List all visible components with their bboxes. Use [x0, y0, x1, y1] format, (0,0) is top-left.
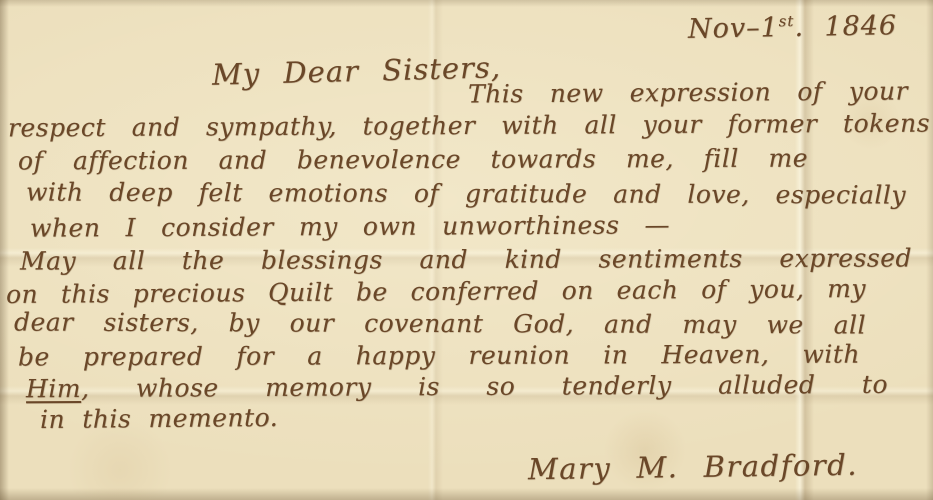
body-line-4: with deep felt emotions of gratitude and… [26, 177, 906, 209]
signature: Mary M. Bradford. [528, 448, 858, 487]
date-year: . 1846 [794, 10, 897, 43]
body-line-9: be prepared for a happy reunion in Heave… [18, 340, 860, 372]
body-line-3: of affection and benevolence towards me,… [18, 144, 808, 176]
date-line: Nov–1st. 1846 [688, 10, 898, 45]
body-line-1: This new expression of your [468, 76, 908, 108]
body-line-7: on this precious Quilt be conferred on e… [6, 274, 866, 309]
body-line-6: May all the blessings and kind sentiment… [20, 243, 912, 275]
body-line-5: when I consider my own unworthiness — [30, 210, 670, 242]
date-day: 1 [760, 12, 779, 43]
letter-page: Nov–1st. 1846 My Dear Sisters, This new … [0, 0, 933, 500]
date-ordinal: st [779, 12, 795, 30]
date-month: Nov [688, 13, 747, 45]
salutation: My Dear Sisters, [212, 50, 502, 92]
date-dash: – [746, 13, 761, 44]
underlined-word: Him [26, 374, 81, 403]
body-line-8: dear sisters, by our covenant God, and m… [14, 308, 866, 340]
body-line-10-rest: , whose memory is so tenderly alluded to [81, 370, 888, 403]
body-line-10: Him, whose memory is so tenderly alluded… [26, 370, 888, 404]
body-line-2: respect and sympathy, together with all … [8, 109, 930, 143]
body-line-11: in this memento. [40, 403, 278, 434]
